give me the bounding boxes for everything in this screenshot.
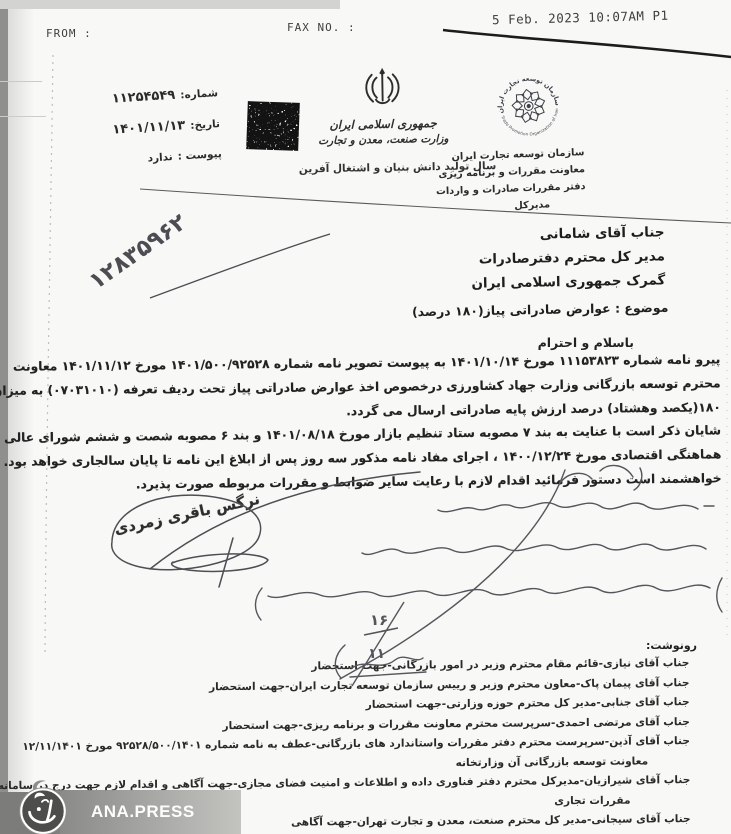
trade-promotion-org-seal-icon: سازمان توسعه تجارت ایران Trade Promotion… (485, 65, 572, 147)
fold-line (0, 116, 46, 117)
fax-from-label: FROM : (46, 27, 92, 40)
organization-block: سازمان توسعه تجارت ایران Trade Promotion… (474, 68, 587, 216)
fold-line (0, 81, 42, 82)
fax-datetime: 5 Feb. 2023 10:07AM P1 (492, 8, 669, 28)
subject-line: موضوع : عوارض صادراتی پیاز(۱۸۰ درصد) (411, 300, 668, 319)
svg-text:۱۶: ۱۶ (370, 611, 388, 629)
recipient-line: جناب آقای شامانی (470, 220, 664, 247)
seal-top-text: سازمان توسعه تجارت ایران (492, 70, 562, 114)
salutation: باسلام و احترام (538, 335, 634, 350)
letter-number-value: ۱۱۲۵۴۵۴۹ (111, 88, 175, 107)
letter-body: پیرو نامه شماره ۱۱۱۵۳۸۲۳ مورخ ۱۴۰۱/۱۰/۱۴… (20, 348, 721, 498)
recipient-line: مدیر کل محترم دفترصادرات (471, 244, 665, 271)
ministry-letterhead: جمهوری اسلامی ایران وزارت صنعت، معدن و ت… (297, 65, 469, 176)
watermark-bar: ANA.PRESS (55, 790, 241, 834)
fax-header: FROM : FAX NO. : 5 Feb. 2023 10:07AM P1 (0, 0, 731, 60)
recipient-line: گمرک جمهوری اسلامی ایران (471, 268, 665, 295)
ana-press-logo-icon (14, 778, 72, 834)
letter-number-label: شماره: (180, 87, 218, 101)
letter-date-label: تاریخ: (190, 118, 220, 132)
iran-national-emblem-icon (362, 66, 403, 113)
recipient-block: جناب آقای شامانیمدیر کل محترم دفترصادرات… (470, 220, 665, 295)
letter-reference-fields: شماره: ۱۱۲۵۴۵۴۹ تاریخ: ۱۴۰۱/۱۱/۱۳ پیوست … (55, 77, 222, 178)
handwritten-tracking-number: ۱۲۸۳۵۹۶۲ (85, 209, 330, 298)
watermark-brand: ANA.PRESS (91, 802, 195, 822)
scan-left-edge (0, 0, 8, 834)
ministry-title: وزارت صنعت، معدن و تجارت (298, 133, 468, 148)
fax-scanned-letter: FROM : FAX NO. : 5 Feb. 2023 10:07AM P1 … (0, 0, 731, 834)
svg-text:سازمان توسعه تجارت ایران: سازمان توسعه تجارت ایران (492, 70, 562, 114)
svg-text:۱۲۸۳۵۹۶۲: ۱۲۸۳۵۹۶۲ (85, 209, 192, 295)
fax-number-label: FAX NO. : (287, 21, 356, 34)
government-title: جمهوری اسلامی ایران (298, 116, 468, 133)
barcode-stamp-icon (246, 101, 300, 151)
letter-date-value: ۱۴۰۱/۱۱/۱۳ (112, 118, 186, 137)
attachment-value: ندارد (147, 151, 173, 165)
attachment-label: پیوست : (177, 148, 222, 163)
cc-label: رونوشت: (646, 639, 697, 652)
seal-bottom-text: Trade Promotion Organization of Iran (500, 106, 563, 140)
svg-text:Trade Promotion Organization o: Trade Promotion Organization of Iran (500, 106, 563, 140)
org-lines: سازمان توسعه تجارت ایرانمعاونت مقررات و … (476, 144, 586, 216)
